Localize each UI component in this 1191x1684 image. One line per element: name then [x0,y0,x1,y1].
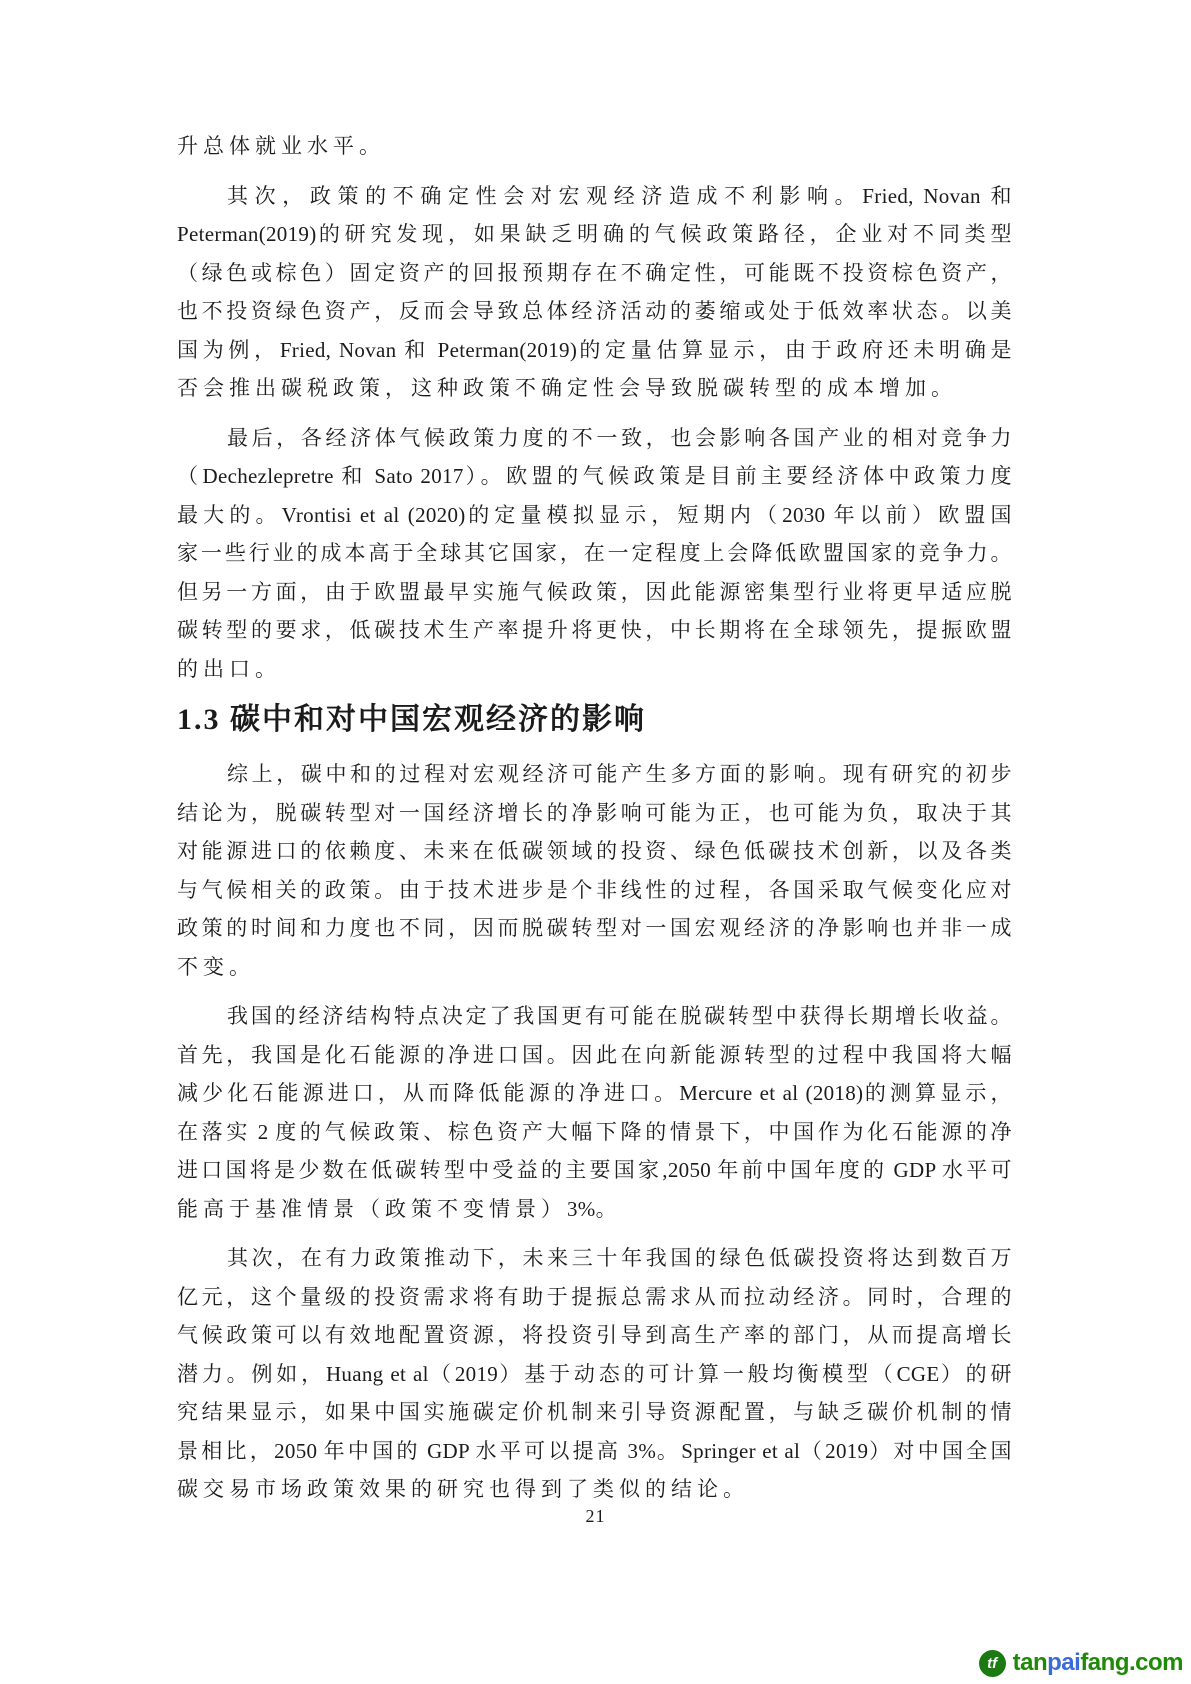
latin-text-run: 2019 [825,1439,868,1463]
text-line: 减少化石能源进口，从而降低能源的净进口。Mercure et al (2018)… [177,1074,1014,1113]
paragraph: 综上，碳中和的过程对宏观经济可能产生多方面的影响。现有研究的初步结论为，脱碳转型… [177,755,1014,986]
text-line: 否会推出碳税政策，这种政策不确定性会导致脱碳转型的成本增加。 [177,369,1014,408]
section-heading: 1.3 碳中和对中国宏观经济的影响 [177,696,1014,744]
text-line: 家一些行业的成本高于全球其它国家，在一定程度上会降低欧盟国家的竞争力。 [177,534,1014,573]
text-line: 不变。 [177,948,1014,987]
paragraph: 我国的经济结构特点决定了我国更有可能在脱碳转型中获得长期增长收益。首先，我国是化… [177,997,1014,1228]
latin-text-run: Fried, Novan [280,338,404,362]
text-line: 我国的经济结构特点决定了我国更有可能在脱碳转型中获得长期增长收益。 [177,997,1014,1036]
paragraph: 其次，政策的不确定性会对宏观经济造成不利影响。Fried, Novan 和Pet… [177,177,1014,408]
tanpaifang-watermark: tf tanpaifang.com [979,1645,1183,1681]
latin-text-run: 2050 [274,1439,324,1463]
latin-text-run: ,2050 [662,1158,717,1182]
latin-text-run: GDP [421,1439,476,1463]
watermark-text-segment: tan [1013,1649,1048,1676]
text-line: 碳转型的要求，低碳技术生产率提升将更快，中长期将在全球领先，提振欧盟 [177,611,1014,650]
text-line: 政策的时间和力度也不同，因而脱碳转型对一国宏观经济的净影响也并非一成 [177,909,1014,948]
text-line: 进口国将是少数在低碳转型中受益的主要国家,2050 年前中国年度的 GDP 水平… [177,1151,1014,1190]
latin-text-run: Huang et al [326,1362,429,1386]
watermark-text-segment: pai [1047,1649,1080,1676]
text-line: 最后，各经济体气候政策力度的不一致，也会影响各国产业的相对竞争力 [177,419,1014,458]
latin-text-run: 2 [251,1120,275,1144]
text-line: 在落实 2 度的气候政策、棕色资产大幅下降的情景下，中国作为化石能源的净 [177,1113,1014,1152]
text-line: 究结果显示，如果中国实施碳定价机制来引导资源配置，与缺乏碳价机制的情 [177,1393,1014,1432]
text-line: 综上，碳中和的过程对宏观经济可能产生多方面的影响。现有研究的初步 [177,755,1014,794]
text-line: （绿色或棕色）固定资产的回报预期存在不确定性，可能既不投资棕色资产， [177,254,1014,293]
latin-text-run: Vrontisi et al (2020) [282,503,466,527]
text-line: 其次，政策的不确定性会对宏观经济造成不利影响。Fried, Novan 和 [177,177,1014,216]
text-line: 国为例，Fried, Novan 和 Peterman(2019)的定量估算显示… [177,331,1014,370]
text-line: 也不投资绿色资产，反而会导致总体经济活动的萎缩或处于低效率状态。以美 [177,292,1014,331]
latin-text-run: GDP [887,1158,942,1182]
text-line: 能高于基准情景（政策不变情景）3%。 [177,1190,1014,1229]
latin-text-run: Peterman(2019) [430,338,577,362]
text-line: 最大的。Vrontisi et al (2020)的定量模拟显示，短期内（203… [177,496,1014,535]
latin-text-run: 3% [567,1197,596,1221]
text-line: 与气候相关的政策。由于技术进步是个非线性的过程，各国采取气候变化应对 [177,871,1014,910]
document-body: 升总体就业水平。其次，政策的不确定性会对宏观经济造成不利影响。Fried, No… [177,127,1014,1509]
latin-text-run: 3% [621,1439,656,1463]
latin-text-run: Fried, Novan [862,184,990,208]
text-line: 但另一方面，由于欧盟最早实施气候政策，因此能源密集型行业将更早适应脱 [177,573,1014,612]
latin-text-run: Dechezlepretre [203,464,342,488]
document-page: 升总体就业水平。其次，政策的不确定性会对宏观经济造成不利影响。Fried, No… [0,0,1191,1684]
text-line: 碳交易市场政策效果的研究也得到了类似的结论。 [177,1470,1014,1509]
text-line: （Dechezlepretre 和 Sato 2017）。欧盟的气候政策是目前主… [177,457,1014,496]
text-line: Peterman(2019)的研究发现，如果缺乏明确的气候政策路径，企业对不同类… [177,215,1014,254]
text-line: 首先，我国是化石能源的净进口国。因此在向新能源转型的过程中我国将大幅 [177,1036,1014,1075]
latin-text-run: Mercure et al (2018) [679,1081,863,1105]
latin-text-run: 2019 [455,1362,498,1386]
text-line: 亿元，这个量级的投资需求将有助于提振总需求从而拉动经济。同时，合理的 [177,1278,1014,1317]
page-number: 21 [177,1504,1014,1528]
paragraph: 最后，各经济体气候政策力度的不一致，也会影响各国产业的相对竞争力（Dechezl… [177,419,1014,689]
watermark-text-segment: fang.com [1080,1649,1183,1676]
text-line: 对能源进口的依赖度、未来在低碳领域的投资、绿色低碳技术创新，以及各类 [177,832,1014,871]
text-line: 结论为，脱碳转型对一国经济增长的净影响可能为正，也可能为负，取决于其 [177,794,1014,833]
latin-text-run: Springer et al [681,1439,800,1463]
text-line: 升总体就业水平。 [177,127,1014,166]
latin-text-run: CGE [897,1362,940,1386]
tanpaifang-logo-icon: tf [979,1650,1006,1677]
text-line: 其次，在有力政策推动下，未来三十年我国的绿色低碳投资将达到数百万 [177,1239,1014,1278]
latin-text-run: Peterman(2019) [177,222,317,246]
paragraph-continuation: 升总体就业水平。 [177,127,1014,166]
text-line: 气候政策可以有效地配置资源，将投资引导到高生产率的部门，从而提高增长 [177,1316,1014,1355]
latin-text-run: Sato 2017 [367,464,464,488]
text-line: 的出口。 [177,650,1014,689]
paragraph: 其次，在有力政策推动下，未来三十年我国的绿色低碳投资将达到数百万亿元，这个量级的… [177,1239,1014,1509]
watermark-text: tanpaifang.com [1013,1649,1183,1677]
latin-text-run: 2030 [782,503,833,527]
text-line: 景相比，2050 年中国的 GDP 水平可以提高 3%。Springer et … [177,1432,1014,1471]
text-line: 潜力。例如，Huang et al（2019）基于动态的可计算一般均衡模型（CG… [177,1355,1014,1394]
